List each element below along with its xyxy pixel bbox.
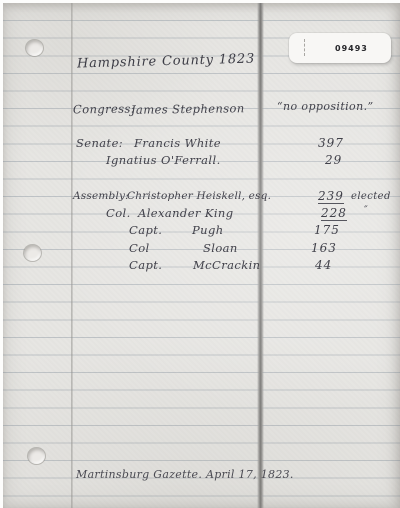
congress-office: Congress: <box>73 104 135 116</box>
notebook-paper: 09493 Hampshire County 1823 Congress: Ja… <box>3 3 400 508</box>
assembly-candidate-votes: 228 <box>321 207 347 221</box>
congress-candidate: James Stephenson <box>131 103 245 116</box>
senate-row-1: Senate: Francis White 397 <box>3 138 400 154</box>
source-citation: Martinsburg Gazette. April 17, 1823. <box>76 469 294 480</box>
senate-row-2: Ignatius O'Ferrall. 29 <box>3 155 400 171</box>
congress-result: “no opposition.” <box>277 101 373 112</box>
assembly-candidate-rank: Col. <box>106 208 131 220</box>
assembly-candidate-rank: Col <box>129 243 150 255</box>
assembly-candidate-name: Christopher Heiskell, esq. <box>127 191 271 202</box>
senate-office: Senate: <box>76 138 123 150</box>
catalog-number: 09493 <box>335 44 368 53</box>
assembly-candidate-name: Sloan <box>203 243 238 255</box>
assembly-office: Assembly: <box>73 191 129 202</box>
catalog-sticker: 09493 <box>289 33 391 63</box>
senate-candidate-name: Francis White <box>134 138 221 150</box>
senate-candidate-name: Ignatius O'Ferrall. <box>106 155 221 167</box>
assembly-candidate-votes: 175 <box>314 224 340 236</box>
assembly-row-3: Capt. Pugh 175 <box>3 225 400 241</box>
punch-hole-top <box>26 40 43 56</box>
assembly-candidate-votes: 44 <box>315 259 332 271</box>
punch-hole-bottom <box>28 448 45 464</box>
assembly-candidate-votes: 239 <box>318 190 344 204</box>
assembly-candidate-ditto: ″ <box>364 206 368 216</box>
assembly-row-5: Capt. McCrackin 44 <box>3 260 400 276</box>
assembly-candidate-votes: 163 <box>311 242 337 254</box>
assembly-candidate-name: McCrackin <box>193 260 260 272</box>
assembly-candidate-rank: Capt. <box>129 225 162 237</box>
congress-row: Congress: James Stephenson “no oppositio… <box>3 104 400 120</box>
assembly-candidate-name: Pugh <box>192 225 224 237</box>
sticker-tick-marks <box>304 39 306 56</box>
assembly-row-4: Col Sloan 163 <box>3 243 400 259</box>
senate-candidate-votes: 29 <box>325 154 342 166</box>
assembly-row-2: Col. Alexander King 228 ″ <box>3 208 400 224</box>
assembly-candidate-name: Alexander King <box>138 208 234 220</box>
scanned-page: 09493 Hampshire County 1823 Congress: Ja… <box>0 0 400 508</box>
assembly-candidate-rank: Capt. <box>129 260 162 272</box>
senate-candidate-votes: 397 <box>318 137 344 149</box>
assembly-row-1: Assembly: Christopher Heiskell, esq. 239… <box>3 191 400 207</box>
assembly-candidate-note: elected <box>351 192 391 202</box>
